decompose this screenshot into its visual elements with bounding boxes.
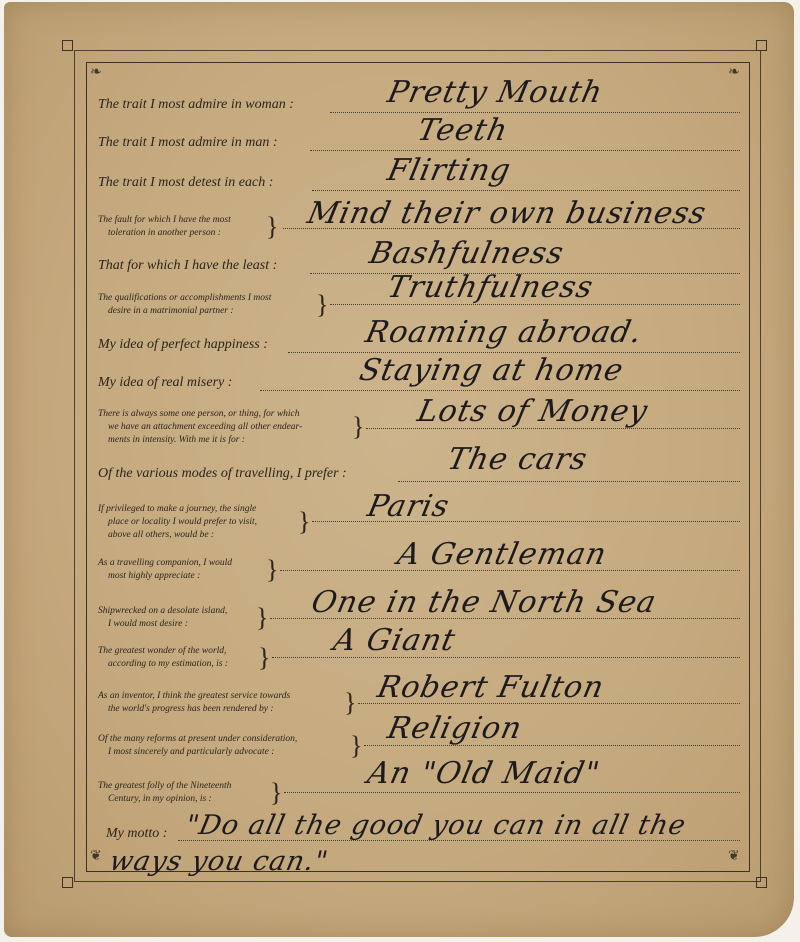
answer-line [310,150,740,151]
handwritten-answer: Paris [364,489,453,524]
entry-travel-mode: Of the various modes of travelling, I pr… [98,464,740,484]
leaf-sprig-icon: ❧ [90,64,102,80]
prompt: The trait I most detest in each : [98,175,273,191]
handwritten-answer: Mind their own business [304,196,709,231]
entry-misery: My idea of real misery : Staying at home [98,373,740,393]
answer-line [312,190,740,191]
entry-admire-woman: The trait I most admire in woman : Prett… [98,95,740,115]
prompt: My idea of perfect happiness : [98,337,268,353]
prompt: Of the many reforms at present under con… [98,733,297,759]
entry-detest: The trait I most detest in each : Flirti… [98,173,740,193]
entry-admire-man: The trait I most admire in man : Teeth [98,133,740,153]
prompt: If privileged to make a journey, the sin… [98,503,257,542]
answer-line [284,792,740,793]
handwritten-answer: Lots of Money [414,394,651,429]
entry-happiness: My idea of perfect happiness : Roaming a… [98,335,740,355]
answer-line [330,112,740,113]
prompt: The fault for which I have the most tole… [98,214,231,240]
prompt: The greatest folly of the Nineteenth Cen… [98,780,231,806]
handwritten-answer: Teeth [414,113,511,148]
handwritten-answer: Flirting [384,153,514,188]
handwritten-answer: The cars [444,442,590,477]
prompt: My motto : [106,826,167,842]
handwritten-answer: A Giant [330,623,458,658]
leaf-sprig-icon: ❧ [728,64,740,80]
entry-attachment: There is always some one person, or thin… [98,408,740,448]
prompt: The trait I most admire in man : [98,135,278,151]
prompt: That for which I have the least : [98,258,277,274]
prompt: Shipwrecked on a desolate island, I woul… [98,605,227,631]
corner-ornament-icon [756,877,767,888]
handwritten-answer: Staying at home [356,353,627,388]
prompt: Of the various modes of travelling, I pr… [98,466,347,482]
handwritten-answer: "Do all the good you can in all the [183,810,689,841]
prompt: The trait I most admire in woman : [98,97,294,113]
handwritten-answer: Robert Fulton [374,670,607,705]
entry-motto: My motto : "Do all the good you can in a… [98,820,740,880]
handwritten-answer-cont: ways you can." [107,846,332,877]
prompt: My idea of real misery : [98,375,232,391]
handwritten-answer: Bashfulness [366,236,567,271]
prompt: As an inventor, I think the greatest ser… [98,690,290,716]
prompt: The greatest wonder of the world, accord… [98,645,228,671]
handwritten-answer: Truthfulness [384,270,596,305]
handwritten-answer: Roaming abroad. [362,315,645,350]
corner-ornament-icon [62,877,73,888]
handwritten-answer: Religion [384,711,525,746]
handwritten-answer: Pretty Mouth [384,75,606,110]
answer-line [398,481,740,482]
entry-companion: As a travelling companion, I would most … [98,557,740,583]
answer-line [260,390,740,391]
prompt: As a travelling companion, I would most … [98,557,232,583]
handwritten-answer: A Gentleman [394,537,610,572]
corner-ornament-icon [756,40,767,51]
entry-wonder: The greatest wonder of the world, accord… [98,645,740,671]
handwritten-answer: One in the North Sea [308,585,660,620]
prompt: The qualifications or accomplishments I … [98,292,271,318]
prompt: There is always some one person, or thin… [98,408,302,447]
handwritten-answer: An "Old Maid" [364,756,603,791]
entry-folly: The greatest folly of the Nineteenth Cen… [98,780,740,806]
corner-ornament-icon [62,40,73,51]
